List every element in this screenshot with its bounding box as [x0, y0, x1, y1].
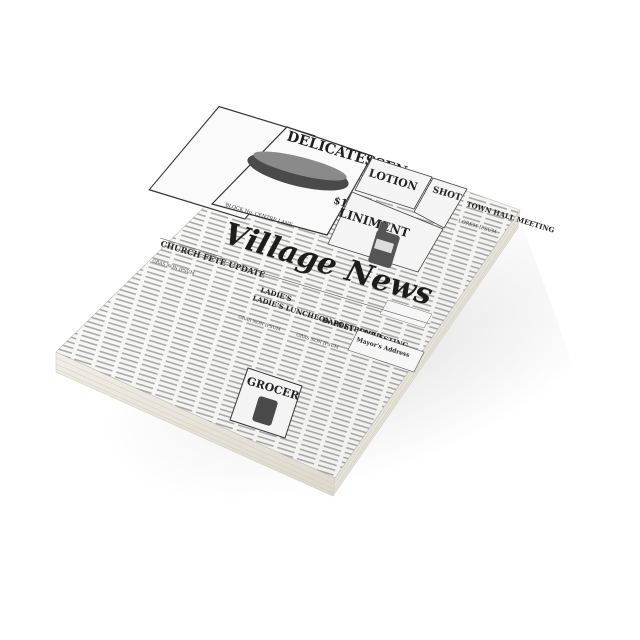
product-photo: DELICATESSEN $1.00 BLOCK No. CENTRE LANE…	[0, 0, 640, 640]
paper-stack: DELICATESSEN $1.00 BLOCK No. CENTRE LANE…	[0, 0, 640, 640]
